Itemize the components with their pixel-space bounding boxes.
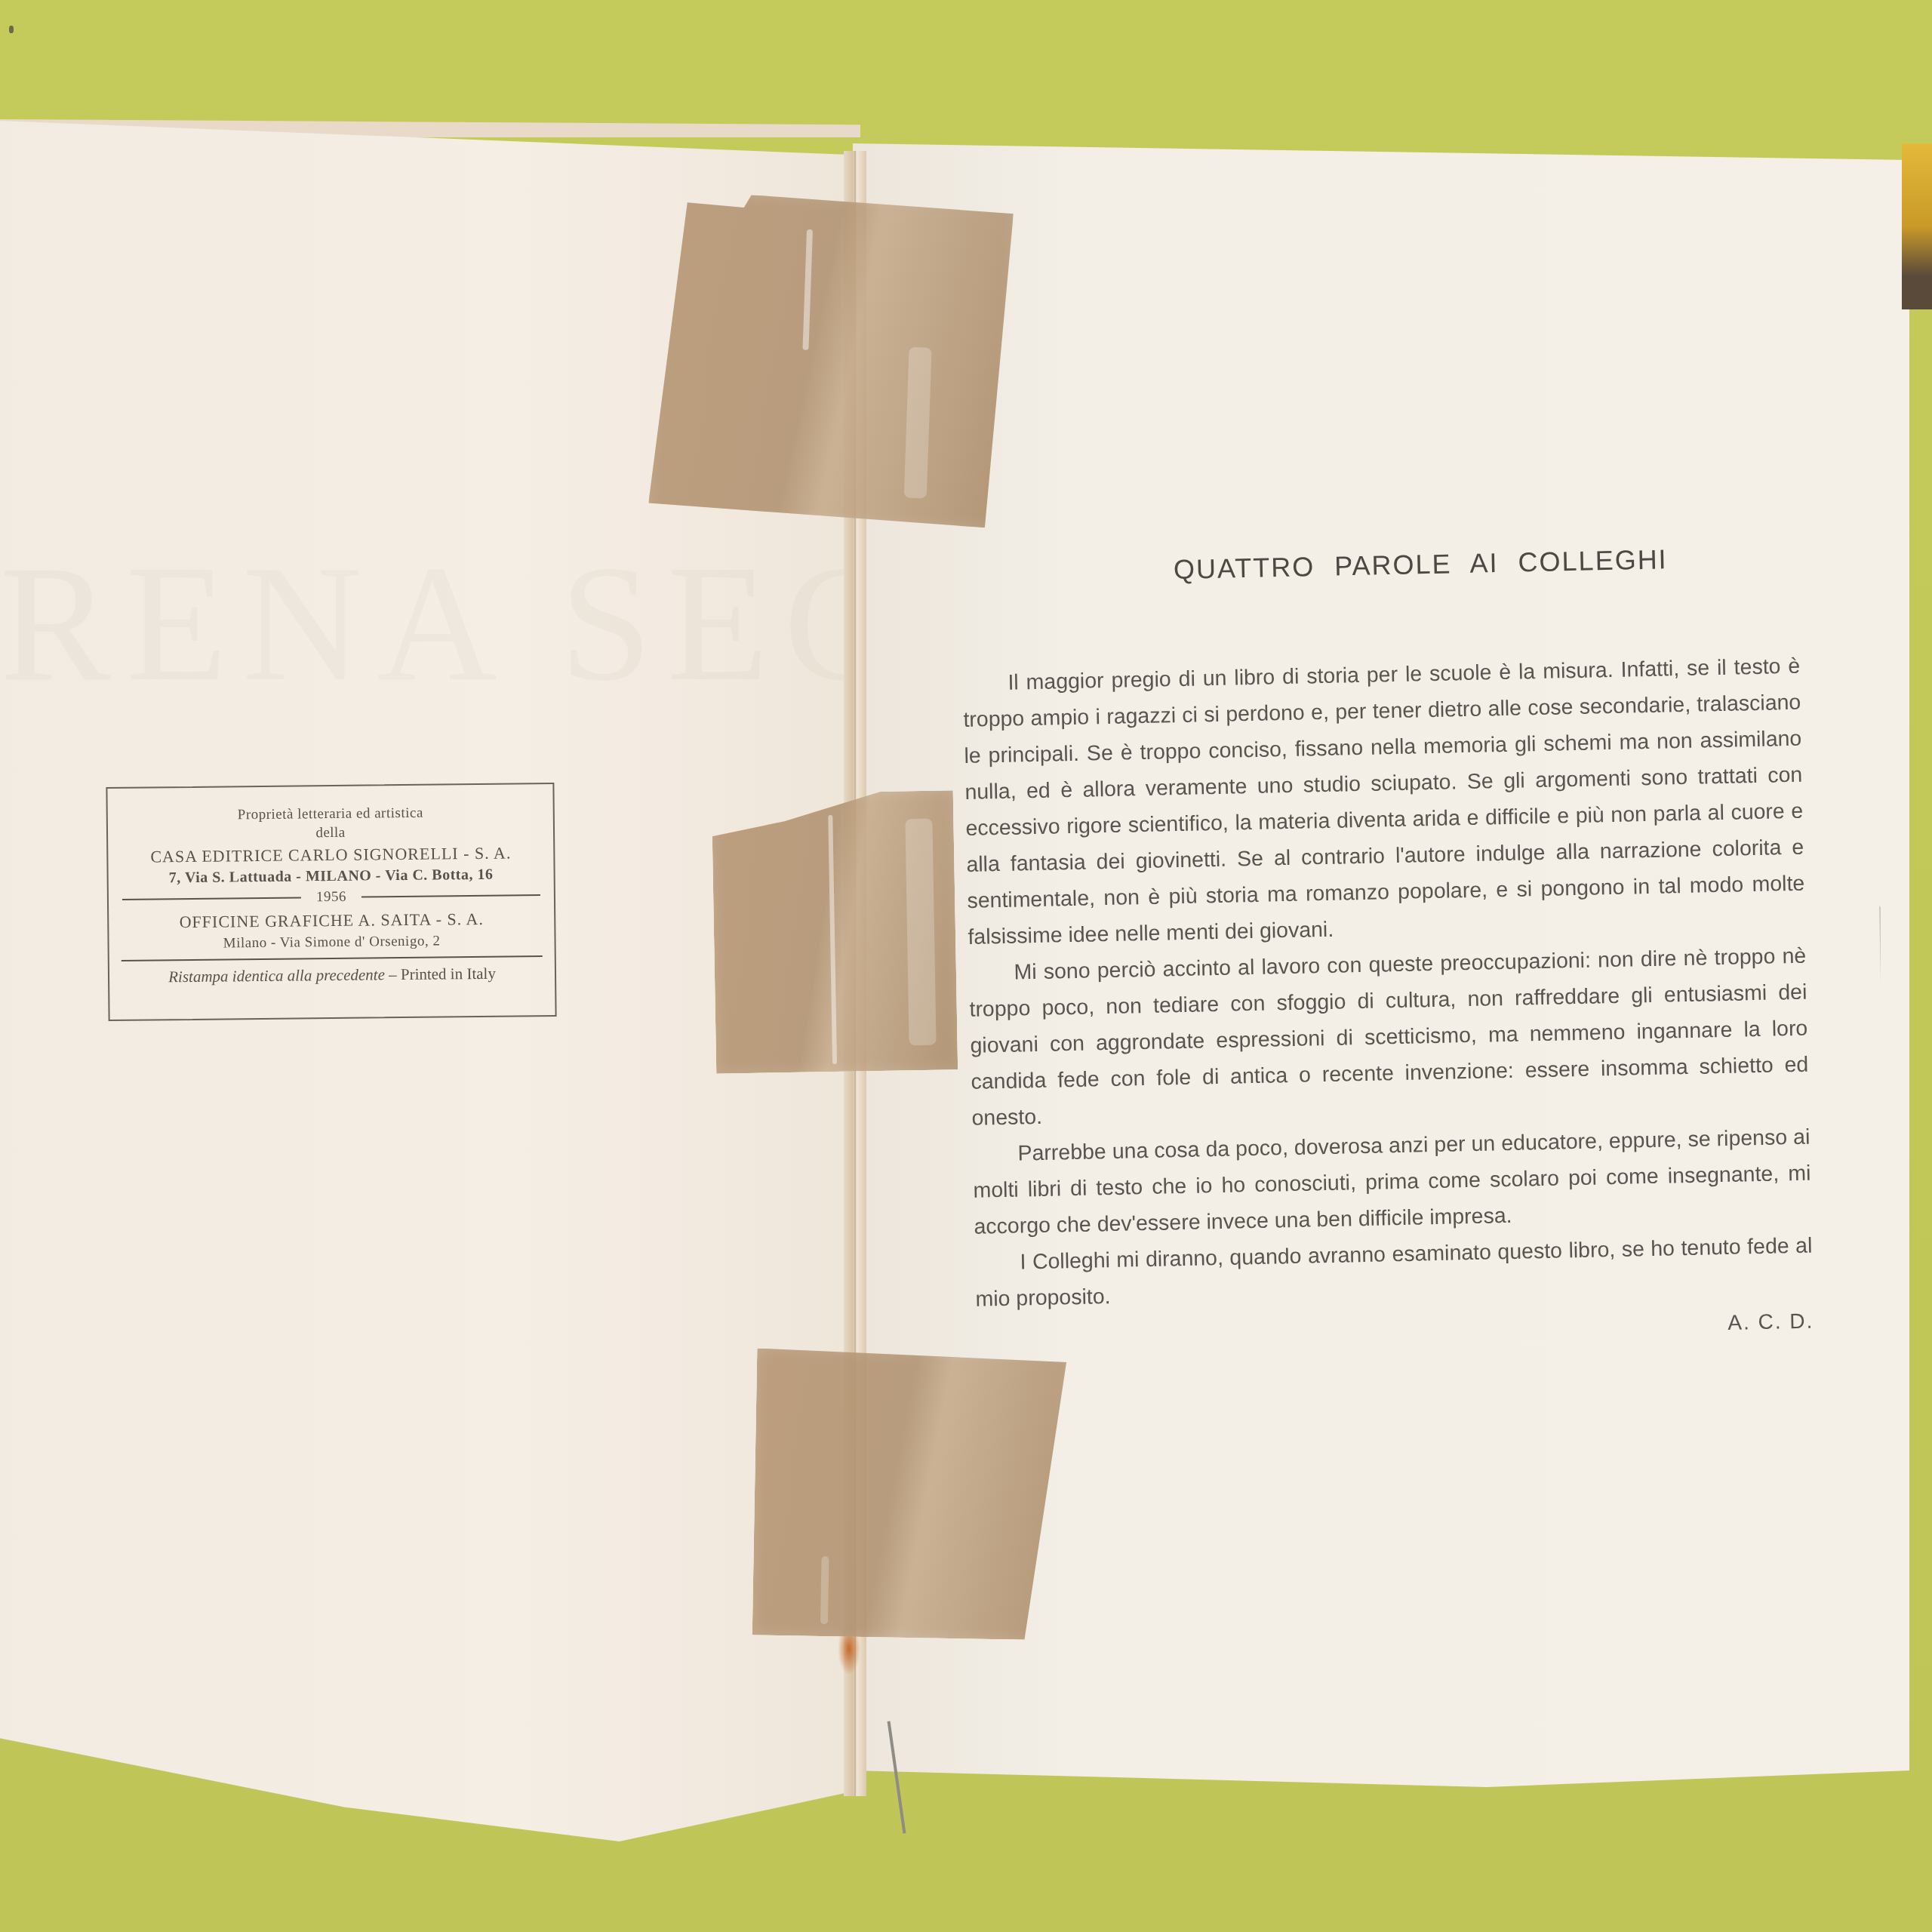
- show-through-title: RENA SEC: [0, 528, 909, 719]
- imprint-printer-address: Milano - Via Simone d' Orsenigo, 2: [109, 931, 554, 954]
- imprint-year: 1956: [316, 888, 346, 906]
- repair-tape-middle: [712, 790, 958, 1074]
- imprint-year-row: 1956: [122, 885, 540, 909]
- printed-in: – Printed in Italy: [389, 964, 496, 983]
- divider: [361, 894, 540, 897]
- imprint-box: Proprietà letteraria ed artistica della …: [106, 783, 556, 1021]
- imprint-publisher-address: 7, Via S. Lattuada - MILANO - Via C. Bot…: [109, 865, 554, 888]
- imprint-footer: Ristampa identica alla precedente – Prin…: [109, 961, 555, 989]
- preface-paragraph: Il maggior pregio di un libro di storia …: [962, 648, 1806, 955]
- repair-tape-top: [648, 192, 1014, 528]
- preface: QUATTRO PAROLE AI COLLEGHI Il maggior pr…: [960, 541, 1814, 1351]
- background-speck: [9, 26, 14, 33]
- divider: [122, 897, 301, 900]
- preface-paragraph: Mi sono perciò accinto al lavoro con que…: [968, 938, 1810, 1137]
- reprint-note: Ristampa identica alla precedente: [168, 965, 385, 986]
- preface-paragraph: Parrebbe una cosa da poco, doverosa anzi…: [972, 1119, 1812, 1245]
- cover-fragment: [1902, 143, 1932, 309]
- divider: [122, 955, 543, 961]
- repair-tape-bottom: [752, 1348, 1067, 1640]
